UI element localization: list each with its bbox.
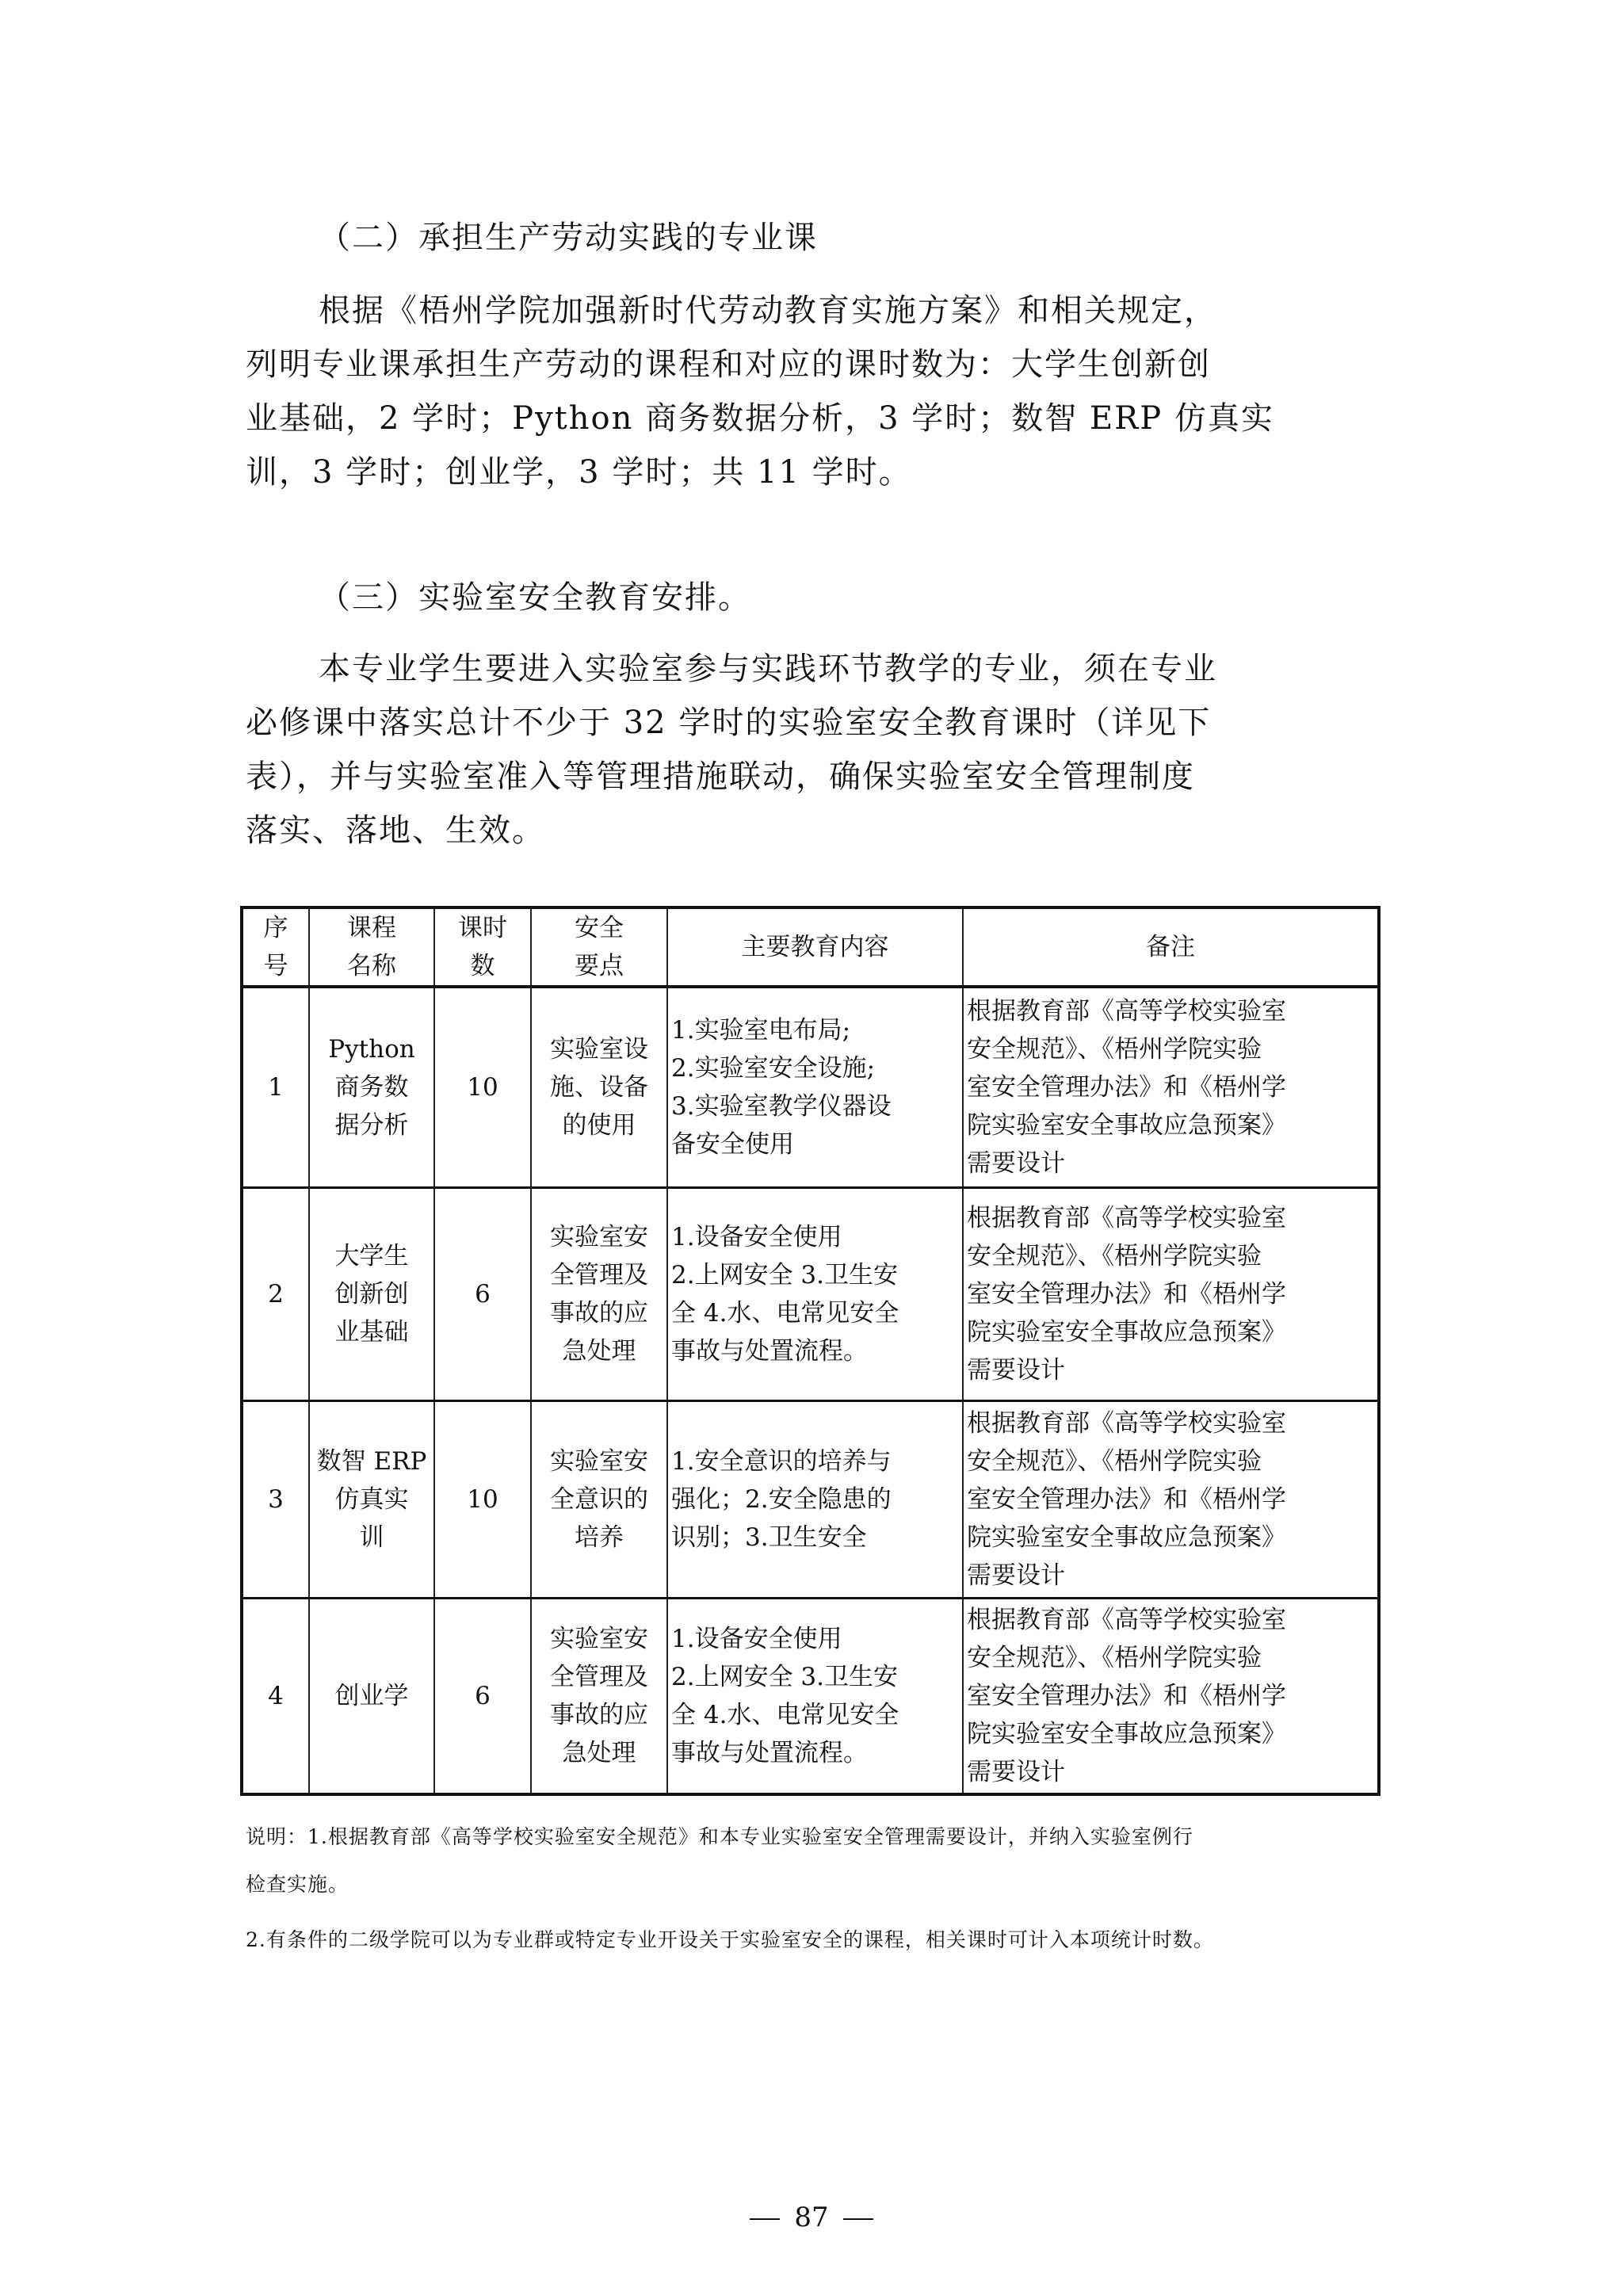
- cell-no: 3: [242, 1401, 309, 1599]
- cell-key-points: 实验室安全管理及事故的应急处理: [531, 1599, 667, 1795]
- header-no: 序号: [242, 907, 309, 987]
- table-note-1-cont: 检查实施。: [246, 1862, 1403, 1907]
- table-note-2: 2.有条件的二级学院可以为专业群或特定专业开设关于实验室安全的课程，相关课时可计…: [246, 1918, 1403, 1962]
- section-2-paragraph: 根据《梧州学院加强新时代劳动教育实施方案》和相关规定， 列明专业课承担生产劳动的…: [246, 284, 1375, 499]
- lab-safety-table: 序号 课程名称 课时数 安全要点 主要教育内容 备注 1 Python商务数据分…: [240, 906, 1381, 1796]
- cell-content: 1.设备安全使用2.上网安全 3.卫生安全 4.水、电常见安全事故与处置流程。: [667, 1188, 963, 1401]
- cell-remarks: 根据教育部《高等学校实验室安全规范》、《梧州学院实验室安全管理办法》和《梧州学院…: [963, 1401, 1379, 1599]
- cell-course: 创业学: [309, 1599, 434, 1795]
- para-line: 落实、落地、生效。: [246, 804, 1375, 858]
- table-row: 4 创业学 6 实验室安全管理及事故的应急处理 1.设备安全使用2.上网安全 3…: [242, 1599, 1379, 1795]
- cell-content: 1.实验室电布局;2.实验室安全设施;3.实验室教学仪器设备安全使用: [667, 987, 963, 1188]
- header-remarks: 备注: [963, 907, 1379, 987]
- para-line: 必修课中落实总计不少于 32 学时的实验室安全教育课时（详见下: [246, 696, 1375, 750]
- cell-remarks: 根据教育部《高等学校实验室安全规范》、《梧州学院实验室安全管理办法》和《梧州学院…: [963, 987, 1379, 1188]
- cell-course: 大学生创新创业基础: [309, 1188, 434, 1401]
- cell-no: 4: [242, 1599, 309, 1795]
- para-line: 训，3 学时；创业学，3 学时；共 11 学时。: [246, 445, 1375, 499]
- section-3-paragraph: 本专业学生要进入实验室参与实践环节教学的专业，须在专业 必修课中落实总计不少于 …: [246, 642, 1375, 858]
- page-number: 87: [794, 2202, 828, 2233]
- cell-content: 1.安全意识的培养与强化；2.安全隐患的识别；3.卫生安全: [667, 1401, 963, 1599]
- table-header-row: 序号 课程名称 课时数 安全要点 主要教育内容 备注: [242, 907, 1379, 987]
- cell-course: 数智 ERP仿真实训: [309, 1401, 434, 1599]
- cell-course: Python商务数据分析: [309, 987, 434, 1188]
- cell-content: 1.设备安全使用2.上网安全 3.卫生安全 4.水、电常见安全事故与处置流程。: [667, 1599, 963, 1795]
- cell-remarks: 根据教育部《高等学校实验室安全规范》、《梧州学院实验室安全管理办法》和《梧州学院…: [963, 1599, 1379, 1795]
- section-heading-3: （三）实验室安全教育安排。: [319, 571, 751, 625]
- cell-no: 1: [242, 987, 309, 1188]
- cell-no: 2: [242, 1188, 309, 1401]
- header-content: 主要教育内容: [667, 907, 963, 987]
- header-key-points: 安全要点: [531, 907, 667, 987]
- cell-key-points: 实验室安全管理及事故的应急处理: [531, 1188, 667, 1401]
- cell-hours: 6: [434, 1188, 531, 1401]
- cell-hours: 10: [434, 987, 531, 1188]
- document-page: （二）承担生产劳动实践的专业课 根据《梧州学院加强新时代劳动教育实施方案》和相关…: [0, 0, 1623, 2296]
- page-footer: 87: [0, 2202, 1623, 2233]
- header-hours: 课时数: [434, 907, 531, 987]
- dash-left-icon: [750, 2218, 780, 2220]
- para-line: 业基础，2 学时；Python 商务数据分析，3 学时；数智 ERP 仿真实: [246, 392, 1375, 445]
- cell-remarks: 根据教育部《高等学校实验室安全规范》、《梧州学院实验室安全管理办法》和《梧州学院…: [963, 1188, 1379, 1401]
- para-line: 本专业学生要进入实验室参与实践环节教学的专业，须在专业: [246, 642, 1375, 696]
- cell-key-points: 实验室设施、设备的使用: [531, 987, 667, 1188]
- table-row: 3 数智 ERP仿真实训 10 实验室安全意识的培养 1.安全意识的培养与强化；…: [242, 1401, 1379, 1599]
- para-line: 根据《梧州学院加强新时代劳动教育实施方案》和相关规定，: [246, 284, 1375, 338]
- para-line: 表），并与实验室准入等管理措施联动，确保实验室安全管理制度: [246, 750, 1375, 804]
- cell-key-points: 实验室安全意识的培养: [531, 1401, 667, 1599]
- dash-right-icon: [843, 2218, 873, 2220]
- para-line: 列明专业课承担生产劳动的课程和对应的课时数为：大学生创新创: [246, 338, 1375, 392]
- table-row: 2 大学生创新创业基础 6 实验室安全管理及事故的应急处理 1.设备安全使用2.…: [242, 1188, 1379, 1401]
- cell-hours: 10: [434, 1401, 531, 1599]
- table-note-1: 说明：1.根据教育部《高等学校实验室安全规范》和本专业实验室安全管理需要设计，并…: [246, 1815, 1403, 1859]
- header-course: 课程名称: [309, 907, 434, 987]
- section-heading-2: （二）承担生产劳动实践的专业课: [319, 211, 818, 265]
- cell-hours: 6: [434, 1599, 531, 1795]
- table-row: 1 Python商务数据分析 10 实验室设施、设备的使用 1.实验室电布局;2…: [242, 987, 1379, 1188]
